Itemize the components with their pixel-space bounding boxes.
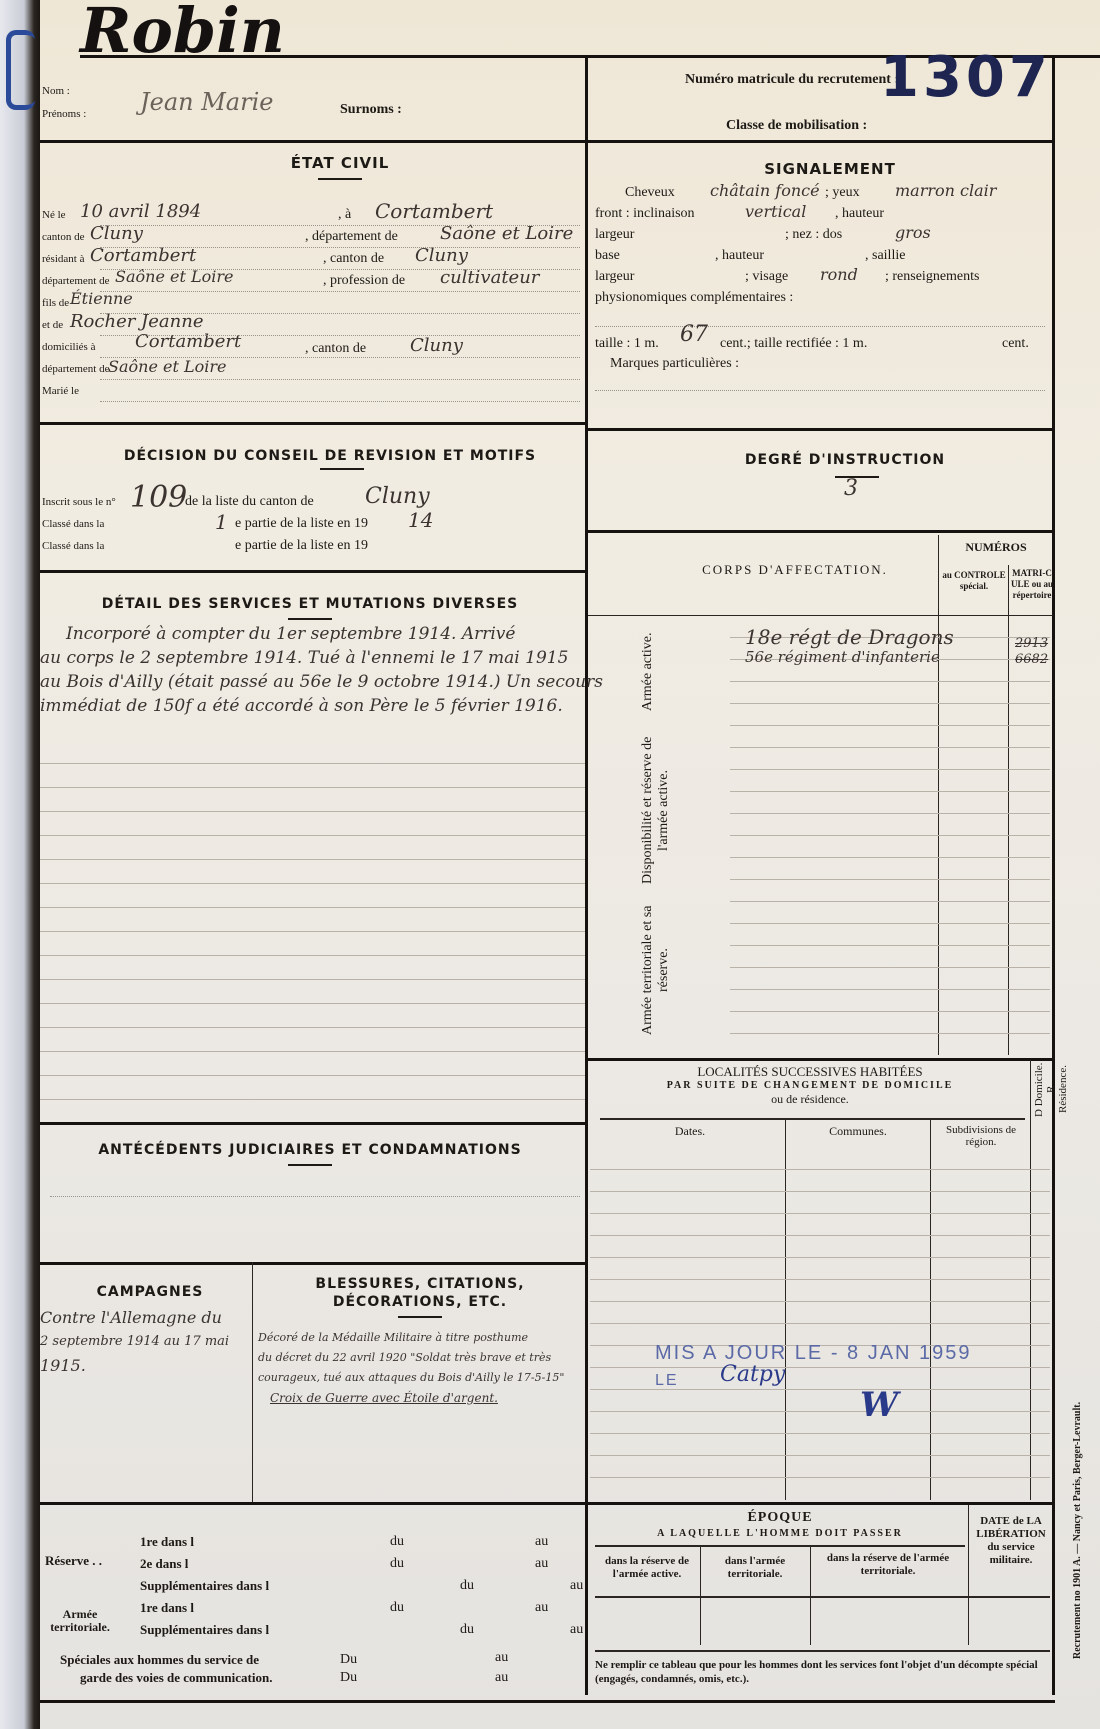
periode-row: Supplémentaires dans lduau: [140, 1622, 580, 1644]
instruction-title: DEGRÉ D'INSTRUCTION: [730, 452, 960, 468]
blessure-line: Décoré de la Médaille Militaire à titre …: [258, 1328, 583, 1348]
localites-title: LOCALITÉS SUCCESSIVES HABITÉES: [600, 1064, 1020, 1080]
campagne-line: 1915.: [40, 1354, 250, 1378]
campagnes-title: CAMPAGNES: [60, 1284, 240, 1300]
affectation-corps: 18e régt de Dragons: [745, 625, 954, 649]
signalement-line: largeur; nez : dosgros: [595, 227, 1045, 248]
instruction-degree: 3: [844, 476, 858, 501]
birth-place: Cortambert: [375, 199, 493, 223]
signalement-line: physionomiques complémentaires :: [595, 290, 1045, 311]
marques-label: Marques particulières :: [610, 356, 739, 372]
reserve-label: Réserve . .: [45, 1553, 102, 1569]
blessures-title-1: BLESSURES, CITATIONS,: [270, 1276, 570, 1292]
center-divider: [585, 55, 588, 1695]
etat-civil-row: et deRocher Jeanne: [40, 315, 580, 337]
class-year: 14: [408, 508, 433, 532]
campagne-line: Contre l'Allemagne du: [40, 1306, 250, 1330]
domicile-residence-label: D Domicile. R Résidence.: [1033, 1062, 1057, 1117]
matricule-number: 1307: [880, 45, 1052, 110]
col-dates: Dates.: [600, 1124, 780, 1139]
mother-name: Rocher Jeanne: [70, 311, 203, 332]
previous-page-edge: [6, 30, 35, 110]
periode-row: 1re dans lduau: [140, 1534, 580, 1556]
affectation-corps: 56e régiment d'infanterie: [745, 648, 940, 666]
height-value: 67: [680, 322, 708, 347]
eye-color: marron clair: [895, 181, 996, 200]
periode-row: Supplémentaires dans lduau: [140, 1578, 580, 1600]
taille-label: taille : 1 m.: [595, 336, 659, 352]
matricule-label: Numéro matricule du recrutement :: [685, 72, 899, 88]
speciales-label-1: Spéciales aux hommes du service de: [60, 1652, 259, 1668]
revision-title: DÉCISION DU CONSEIL DE REVISION ET MOTIF…: [100, 448, 560, 464]
prenoms-label: Prénoms :: [42, 108, 86, 120]
book-binding: [0, 0, 40, 1729]
antecedents-title: ANTÉCÉDENTS JUDICIAIRES ET CONDAMNATIONS: [80, 1142, 540, 1166]
affectation-title: CORPS D'AFFECTATION.: [660, 562, 930, 578]
service-line: Incorporé à compter du 1er septembre 191…: [40, 622, 585, 646]
numeros-title: NUMÉROS: [940, 540, 1052, 555]
blessure-line: du décret du 22 avril 1920 "Soldat très …: [258, 1348, 583, 1368]
blessure-line: courageux, tué aux attaques du Bois d'Ai…: [258, 1368, 583, 1388]
right-border: [1052, 55, 1055, 1695]
profession: cultivateur: [440, 267, 539, 288]
col-controle: au CONTROLE spécial.: [942, 570, 1006, 592]
etat-civil-fields: Né le10 avril 1894, àCortambert canton d…: [40, 205, 580, 403]
etat-civil-row: Marié le: [40, 381, 580, 403]
etat-civil-title: ÉTAT CIVIL: [250, 154, 430, 180]
service-line: au Bois d'Ailly (était passé au 56e le 9…: [40, 670, 585, 694]
printer-imprint: Recrutement no 1901 A. — Nancy et Paris,…: [1070, 1360, 1084, 1700]
blessures-text: Décoré de la Médaille Militaire à titre …: [258, 1328, 583, 1408]
affectation-matricule: 6682: [1015, 652, 1048, 667]
hair-color: châtain foncé: [710, 181, 820, 200]
signalement-fields: Cheveuxchâtain foncé; yeuxmarron clair f…: [595, 185, 1045, 311]
localites-ruled-area: [590, 1148, 1050, 1498]
col-armee-territoriale: dans l'armée territoriale.: [703, 1555, 807, 1581]
campagnes-text: Contre l'Allemagne du 2 septembre 1914 a…: [40, 1306, 250, 1378]
col-reserve-territoriale: dans la réserve de l'armée territoriale.: [813, 1552, 963, 1578]
service-line: au corps le 2 septembre 1914. Tué à l'en…: [40, 646, 585, 670]
epoque-note: Ne remplir ce tableau que pour les homme…: [595, 1658, 1050, 1686]
signalement-line: Cheveuxchâtain foncé; yeuxmarron clair: [595, 185, 1045, 206]
mis-a-jour-stamp: MIS A JOUR LE - 8 JAN 1959: [655, 1342, 972, 1365]
surnoms-label: Surnoms :: [340, 102, 402, 118]
signalement-title: SIGNALEMENT: [740, 160, 920, 178]
etat-civil-row: domiciliés àCortambert, canton deCluny: [40, 337, 580, 359]
periode-row: 2e dans lduau: [140, 1556, 580, 1578]
speciales-label-2: garde des voies de communication.: [80, 1670, 272, 1686]
military-register-page: Robin Nom : Prénoms : Jean Marie Surnoms…: [40, 0, 1100, 1729]
signature-mark: W: [860, 1385, 898, 1425]
campagne-line: 2 septembre 1914 au 17 mai: [40, 1330, 250, 1354]
col-date-liberation: DATE de LA LIBÉRATION du service militai…: [970, 1515, 1052, 1567]
affectation-matricule: 2913: [1015, 636, 1048, 651]
signalement-line: largeur; visagerond; renseignements: [595, 269, 1045, 290]
blessures-title-2: DÉCORATIONS, ETC.: [270, 1294, 570, 1318]
stamp-signature-name: Catpy: [720, 1362, 785, 1387]
services-title: DÉTAIL DES SERVICES ET MUTATIONS DIVERSE…: [80, 596, 540, 620]
armee-territoriale-label: Armée territoriale.: [50, 1608, 110, 1634]
inscription-number: 109: [130, 480, 187, 515]
blessure-line: Croix de Guerre avec Étoile d'argent.: [258, 1388, 583, 1408]
affectation-ruled-area: [730, 616, 1050, 1051]
services-text: Incorporé à compter du 1er septembre 191…: [40, 622, 585, 718]
col-communes: Communes.: [788, 1124, 928, 1139]
col-reserve-active: dans la réserve de l'armée active.: [595, 1555, 699, 1581]
services-ruled-area: [40, 740, 585, 1120]
birth-date: 10 avril 1894: [80, 201, 201, 222]
epoque-title: ÉPOQUE: [600, 1510, 960, 1526]
face-shape: rond: [820, 265, 858, 284]
classe-mobilisation-label: Classe de mobilisation :: [726, 118, 867, 134]
nose: gros: [895, 223, 931, 242]
signalement-line: front : inclinaisonvertical, hauteur: [595, 206, 1045, 227]
periode-row: 1re dans lduau: [140, 1600, 580, 1622]
nom-label: Nom :: [42, 85, 70, 97]
col-matricule: MATRI-CULE ou au répertoire: [1010, 568, 1054, 601]
given-names: Jean Marie: [140, 88, 273, 116]
col-subdivisions: Subdivisions de région.: [933, 1124, 1029, 1148]
territoriale-label: Armée territoriale et sa réserve.: [640, 895, 672, 1045]
periodes-rows: 1re dans lduau 2e dans lduau Supplémenta…: [140, 1534, 580, 1644]
service-line: immédiat de 150f a été accordé à son Pèr…: [40, 694, 585, 718]
armee-active-label: Armée active.: [640, 622, 656, 722]
etat-civil-row: département deSaône et Loire: [40, 359, 580, 381]
revision-canton: Cluny: [365, 484, 430, 509]
disponibilite-label: Disponibilité et réserve de l'armée acti…: [640, 725, 672, 895]
